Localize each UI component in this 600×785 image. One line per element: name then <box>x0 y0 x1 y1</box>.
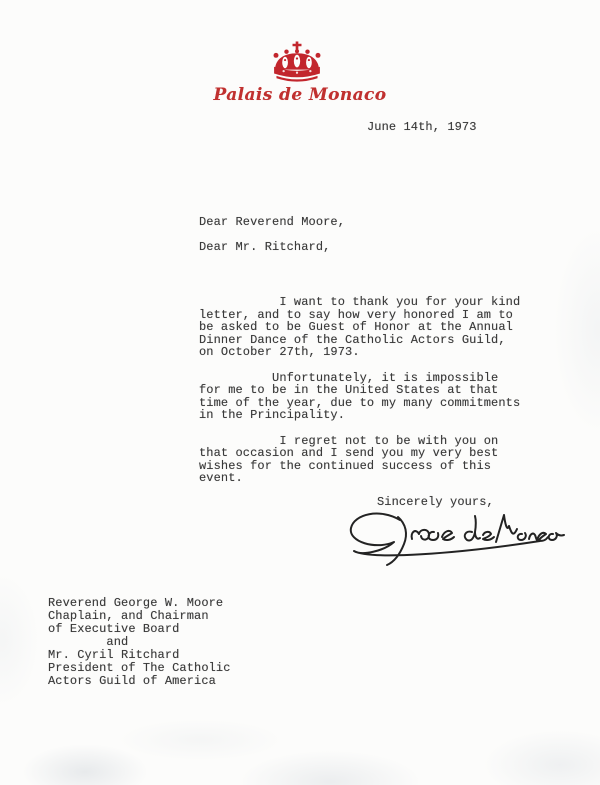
date-line: June 14th, 1973 <box>367 121 477 134</box>
signature-grace-de-monaco <box>336 504 568 568</box>
recipient-block: Reverend George W. Moore Chaplain, and C… <box>48 597 231 688</box>
letter-body: I want to thank you for your kind letter… <box>199 296 520 485</box>
letter-page: Palais de Monaco June 14th, 1973 Dear Re… <box>0 0 600 785</box>
letterhead-title: Palais de Monaco <box>180 85 420 105</box>
salutation-block: Dear Reverend Moore, Dear Mr. Ritchard, <box>199 216 345 254</box>
monaco-crown-icon <box>270 41 324 83</box>
